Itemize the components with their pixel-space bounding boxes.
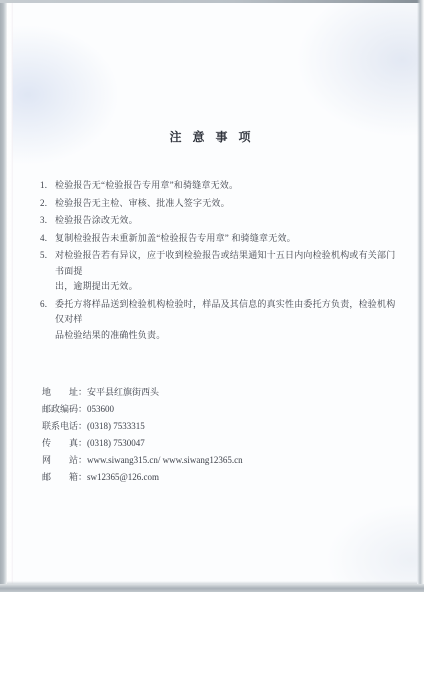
- notes-list: 1. 检验报告无“检验报告专用章”和骑缝章无效。 2. 检验报告无主检、审核、批…: [40, 178, 400, 345]
- contact-value: sw12365@126.com: [87, 469, 159, 486]
- screenshot-root: { "page": { "title": "注 意 事 项", "notes":…: [0, 0, 424, 700]
- scanner-background: [0, 592, 424, 700]
- note-number: 1.: [40, 178, 55, 194]
- contact-row-postcode: 邮政编码： 053600: [42, 401, 382, 418]
- paper-inner-shadow: [7, 581, 417, 584]
- contact-label: 传 真：: [42, 435, 87, 452]
- note-number: 3.: [40, 213, 55, 229]
- contact-row-address: 地 址： 安平县红旗街西头: [42, 384, 382, 401]
- contact-label: 联系电话：: [42, 418, 87, 435]
- note-item: 1. 检验报告无“检验报告专用章”和骑缝章无效。: [40, 178, 400, 194]
- contact-value: 053600: [87, 401, 114, 418]
- contact-value: 安平县红旗街西头: [87, 384, 159, 401]
- note-item: 2. 检验报告无主检、审核、批准人签字无效。: [40, 196, 400, 212]
- scan-edge-bottom: [0, 584, 424, 592]
- page-title: 注 意 事 项: [0, 128, 424, 145]
- note-text: 检验报告涂改无效。: [55, 213, 138, 229]
- contact-label: 邮 箱：: [42, 469, 87, 486]
- contact-block: 地 址： 安平县红旗街西头 邮政编码： 053600 联系电话： (0318) …: [42, 384, 382, 486]
- contact-row-phone: 联系电话： (0318) 7533315: [42, 418, 382, 435]
- contact-row-email: 邮 箱： sw12365@126.com: [42, 469, 382, 486]
- contact-row-fax: 传 真： (0318) 7530047: [42, 435, 382, 452]
- note-number: 6.: [40, 297, 55, 344]
- scanned-page: 注 意 事 项 1. 检验报告无“检验报告专用章”和骑缝章无效。 2. 检验报告…: [0, 0, 424, 592]
- contact-label: 地 址：: [42, 384, 87, 401]
- contact-value: www.siwang315.cn/ www.siwang12365.cn: [87, 452, 243, 469]
- note-item: 4. 复制检验报告未重新加盖“检验报告专用章” 和骑缝章无效。: [40, 231, 400, 247]
- contact-label: 网 站：: [42, 452, 87, 469]
- note-item: 6. 委托方将样品送到检验机构检验时，样品及其信息的真实性由委托方负责，检验机构…: [40, 297, 400, 344]
- note-number: 5.: [40, 248, 55, 295]
- note-item: 3. 检验报告涂改无效。: [40, 213, 400, 229]
- note-text: 委托方将样品送到检验机构检验时，样品及其信息的真实性由委托方负责，检验机构仅对样…: [55, 297, 400, 344]
- note-text: 对检验报告若有异议，应于收到检验报告或结果通知十五日内向检验机构或有关部门书面提…: [55, 248, 400, 295]
- note-number: 4.: [40, 231, 55, 247]
- contact-value: (0318) 7533315: [87, 418, 145, 435]
- note-text: 检验报告无“检验报告专用章”和骑缝章无效。: [55, 178, 238, 194]
- contact-label: 邮政编码：: [42, 401, 87, 418]
- note-text: 检验报告无主检、审核、批准人签字无效。: [55, 196, 230, 212]
- note-number: 2.: [40, 196, 55, 212]
- scan-edge-left: [0, 0, 7, 592]
- contact-value: (0318) 7530047: [87, 435, 145, 452]
- paper-edge-sliver: [7, 3, 13, 584]
- contact-row-website: 网 站： www.siwang315.cn/ www.siwang12365.c…: [42, 452, 382, 469]
- scan-edge-right: [417, 0, 424, 592]
- scan-edge-top: [0, 0, 424, 3]
- note-text: 复制检验报告未重新加盖“检验报告专用章” 和骑缝章无效。: [55, 231, 296, 247]
- note-item: 5. 对检验报告若有异议，应于收到检验报告或结果通知十五日内向检验机构或有关部门…: [40, 248, 400, 295]
